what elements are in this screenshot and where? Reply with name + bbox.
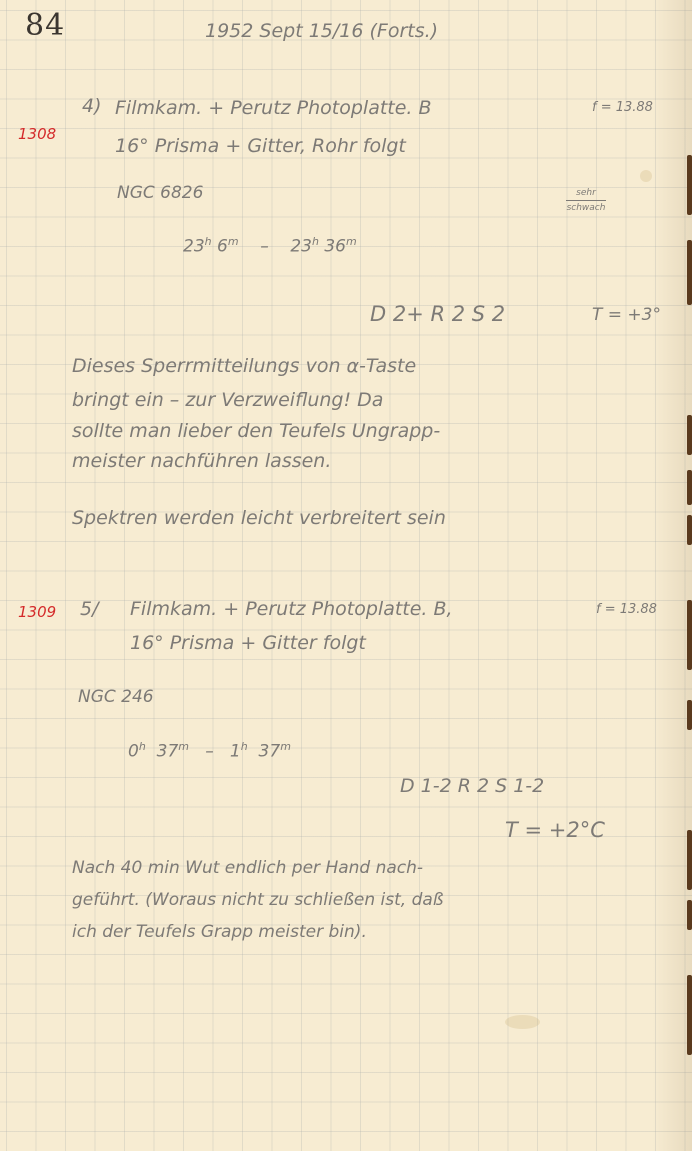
entry-index: 4) (82, 95, 102, 117)
hour-unit: h (205, 235, 212, 248)
time-end-minute: 36 (324, 237, 346, 257)
binding-edge (687, 975, 692, 1055)
plate-number: 1308 (18, 125, 56, 143)
time-start-hour: 0 (128, 742, 139, 762)
binding-edge (687, 515, 692, 545)
temperature: T = +2°C (505, 818, 605, 842)
exposure-time: 23h 6m – 23h 36m (183, 235, 357, 257)
side-note: sehr schwach (566, 188, 606, 213)
time-start-minute: 37 (157, 742, 179, 762)
page-edge-shadow (652, 0, 692, 1151)
remark-line: Nach 40 min Wut endlich per Hand nach- (72, 858, 423, 878)
seeing-conditions: D 1-2 R 2 S 1-2 (400, 775, 544, 797)
time-separator: – (260, 237, 269, 257)
entry-index: 5/ (80, 598, 99, 620)
minute-unit: m (178, 740, 189, 753)
object-name: NGC 6826 (117, 183, 203, 203)
remark-line: sollte man lieber den Teufels Ungrapp- (72, 420, 440, 442)
paper-stain (505, 1015, 540, 1029)
page-header-date: 1952 Sept 15/16 (Forts.) (205, 20, 438, 42)
remark-line: meister nachführen lassen. (72, 450, 331, 472)
notebook-page: 84 1952 Sept 15/16 (Forts.) 1308 4) Film… (0, 0, 692, 1151)
binding-edge (687, 600, 692, 670)
focal-length: f = 13.88 (592, 100, 653, 115)
remark-line: Dieses Sperrmitteilungs von α-Taste (72, 355, 416, 377)
minute-unit: m (346, 235, 357, 248)
minute-unit: m (228, 235, 239, 248)
remark-line: geführt. (Woraus nicht zu schließen ist,… (72, 890, 444, 910)
seeing-conditions: D 2+ R 2 S 2 (370, 302, 505, 326)
temperature: T = +3° (592, 305, 661, 325)
time-end-minute: 37 (259, 742, 281, 762)
time-end-hour: 1 (230, 742, 241, 762)
binding-edge (687, 415, 692, 455)
minute-unit: m (280, 740, 291, 753)
binding-edge (687, 470, 692, 505)
entry-setup-line: Filmkam. + Perutz Photoplatte. B, (130, 598, 453, 620)
object-name: NGC 246 (78, 687, 154, 707)
side-note-bottom: schwach (566, 203, 606, 213)
entry-setup-line-2: 16° Prisma + Gitter folgt (130, 632, 366, 654)
exposure-time: 0h 37m – 1h 37m (128, 740, 291, 762)
hour-unit: h (139, 740, 146, 753)
time-separator: – (205, 742, 214, 762)
entry-setup-line: Filmkam. + Perutz Photoplatte. B (115, 97, 432, 119)
remark-line: Spektren werden leicht verbreitert sein (72, 507, 446, 529)
time-end-hour: 23 (290, 237, 312, 257)
side-note-top: sehr (566, 188, 606, 198)
plate-number: 1309 (18, 603, 56, 621)
side-note-divider (566, 200, 606, 201)
binding-edge (687, 155, 692, 215)
binding-edge (687, 700, 692, 730)
page-number: 84 (25, 8, 65, 43)
remark-line: ich der Teufels Grapp meister bin). (72, 922, 367, 942)
paper-stain (640, 170, 652, 182)
entry-setup-line-2: 16° Prisma + Gitter, Rohr folgt (115, 135, 406, 157)
binding-edge (687, 900, 692, 930)
hour-unit: h (241, 740, 248, 753)
hour-unit: h (312, 235, 319, 248)
time-start-minute: 6 (217, 237, 228, 257)
time-start-hour: 23 (183, 237, 205, 257)
remark-line: bringt ein – zur Verzweiflung! Da (72, 389, 383, 411)
focal-length: f = 13.88 (596, 602, 657, 617)
binding-edge (687, 830, 692, 890)
binding-edge (687, 240, 692, 305)
